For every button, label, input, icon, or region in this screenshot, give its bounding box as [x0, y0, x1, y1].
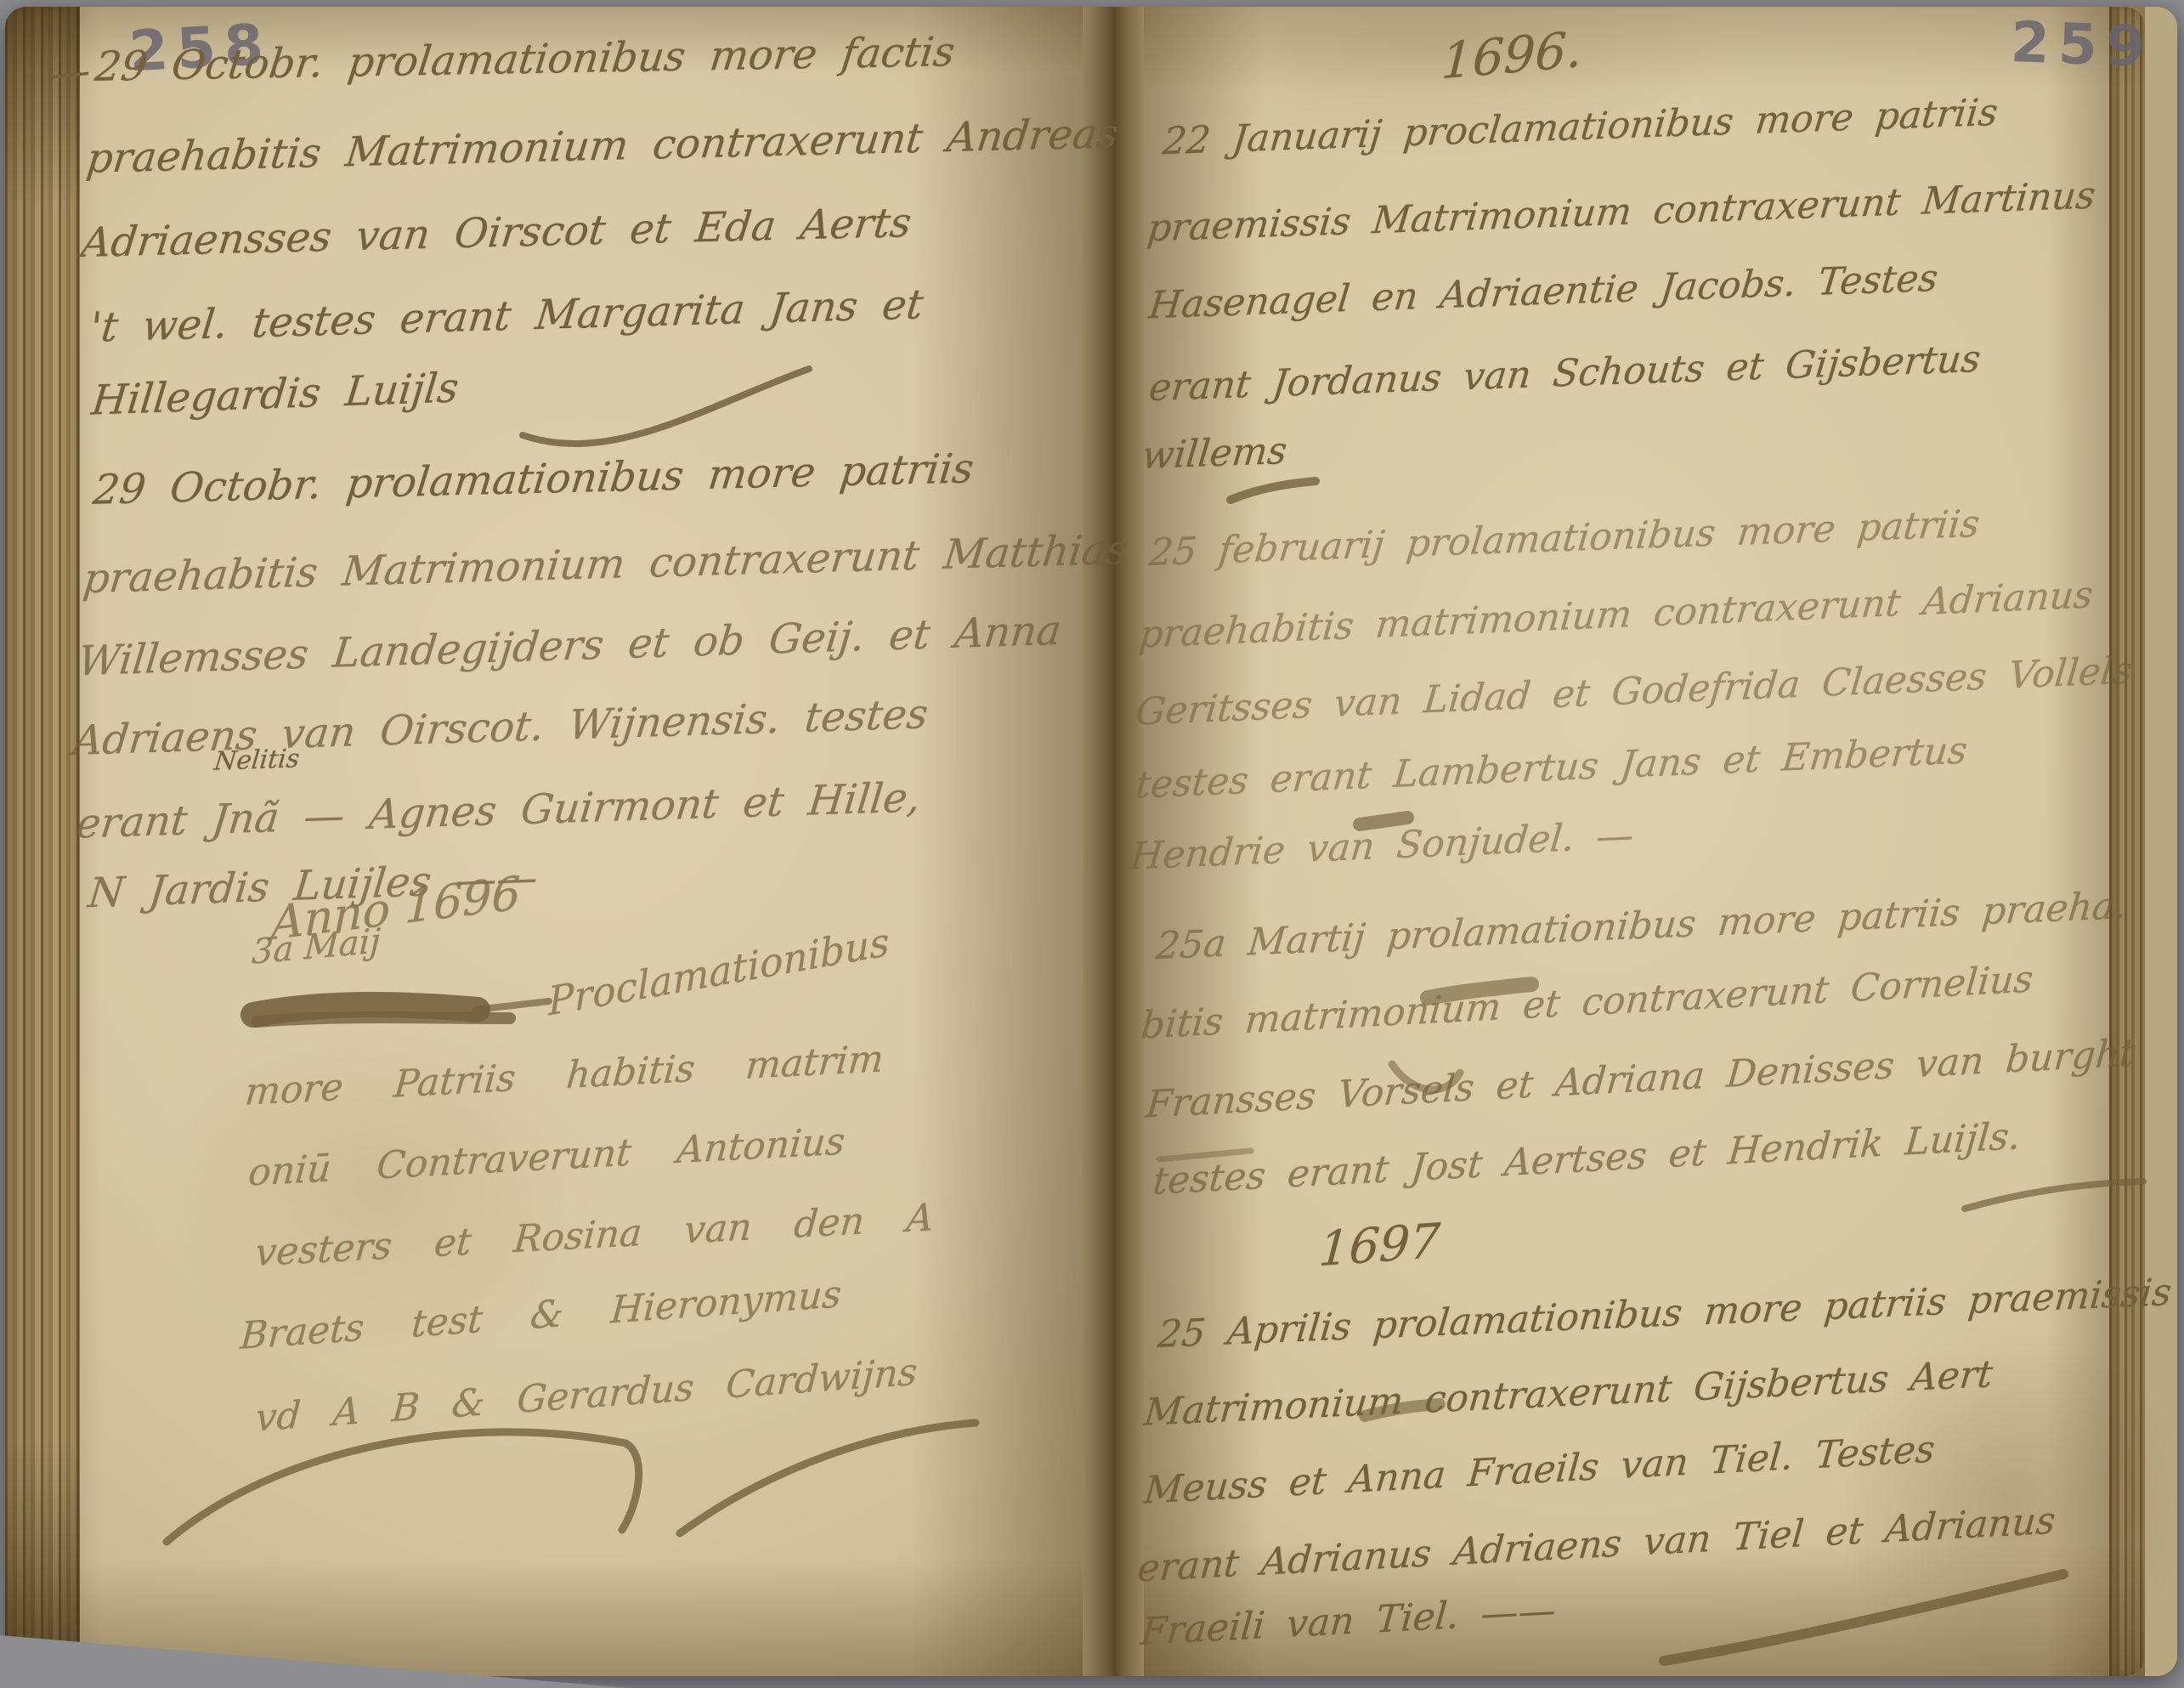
page-stack-fore-edge-right [2109, 7, 2145, 1676]
page-number-right: 259 [2010, 14, 2154, 76]
entry-line: willems [1140, 433, 1289, 475]
page-stack-fore-edge-left [5, 7, 80, 1676]
year-heading-1697: 1697 [1317, 1218, 1441, 1274]
entry-line: Hillegardis Luijls [90, 367, 461, 421]
margin-dash: — [46, 49, 93, 96]
interlinear-insert: Nelitis [212, 746, 300, 775]
year-heading-1696: 1696. [1440, 25, 1583, 87]
manuscript-scan: 258 — 29 Octobr. prolamationibus more fa… [0, 0, 2184, 1688]
